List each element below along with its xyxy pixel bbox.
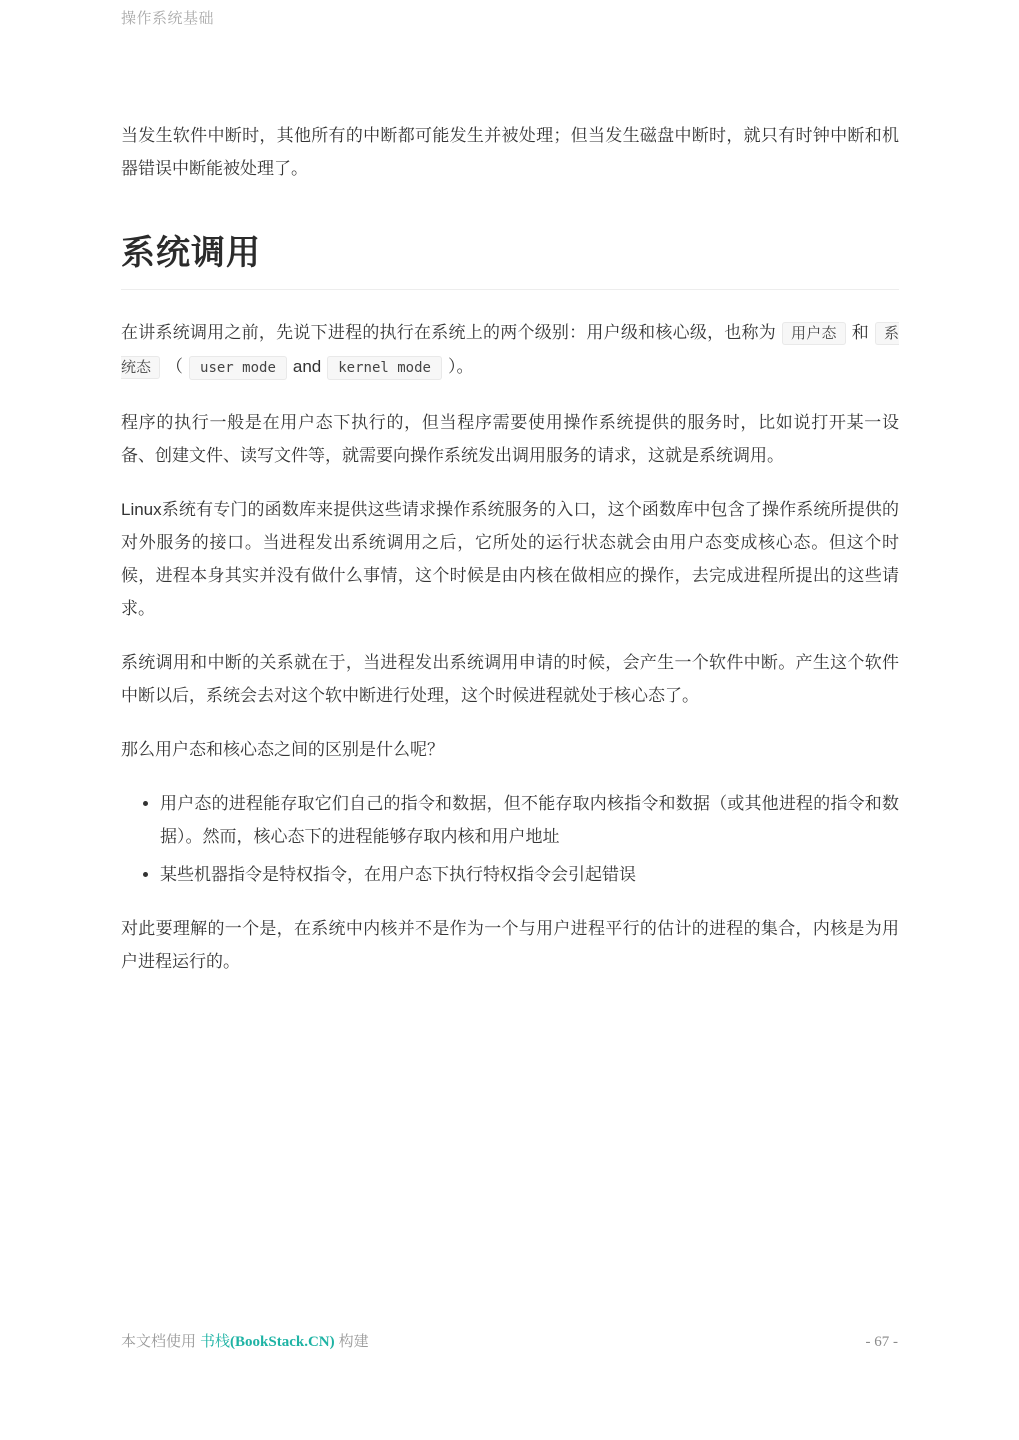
modes-text-2: 和 xyxy=(852,323,869,342)
page-footer: 本文档使用书栈(BookStack.CN)构建 - 67 - xyxy=(121,1330,898,1351)
difference-list: 用户态的进程能存取它们自己的指令和数据，但不能存取内核指令和数据（或其他进程的指… xyxy=(121,787,899,891)
section-heading-system-call: 系统调用 xyxy=(121,225,899,290)
footer-suffix: 构建 xyxy=(339,1333,369,1350)
modes-text-5: ）。 xyxy=(448,357,474,376)
page-number: - 67 - xyxy=(866,1334,899,1351)
list-item: 某些机器指令是特权指令，在用户态下执行特权指令会引起错误 xyxy=(160,858,899,891)
modes-text-1: 在讲系统调用之前，先说下进程的执行在系统上的两个级别：用户级和核心级，也称为 xyxy=(121,323,776,342)
bookstack-link-en: (BookStack.CN) xyxy=(230,1334,335,1350)
bookstack-link[interactable]: 书栈(BookStack.CN) xyxy=(200,1333,335,1350)
modes-text-4: and xyxy=(293,357,321,376)
inline-code-kernel-mode-en: kernel mode xyxy=(327,356,442,380)
inline-code-user-mode-en: user mode xyxy=(189,356,287,380)
paragraph-program-execution: 程序的执行一般是在用户态下执行的，但当程序需要使用操作系统提供的服务时，比如说打… xyxy=(121,406,899,472)
document-content: 当发生软件中断时，其他所有的中断都可能发生并被处理；但当发生磁盘中断时，就只有时… xyxy=(121,0,899,999)
paragraph-kernel-note: 对此要理解的一个是，在系统中内核并不是作为一个与用户进程平行的估计的进程的集合，… xyxy=(121,912,899,978)
modes-text-3: （ xyxy=(166,357,183,376)
footer-attribution: 本文档使用书栈(BookStack.CN)构建 xyxy=(121,1330,369,1351)
paragraph-modes: 在讲系统调用之前，先说下进程的执行在系统上的两个级别：用户级和核心级，也称为用户… xyxy=(121,316,899,385)
inline-code-user-mode-zh: 用户态 xyxy=(782,322,846,345)
paragraph-linux-library: Linux系统有专门的函数库来提供这些请求操作系统服务的入口，这个函数库中包含了… xyxy=(121,493,899,625)
footer-prefix: 本文档使用 xyxy=(121,1333,196,1350)
paragraph-syscall-interrupt-relation: 系统调用和中断的关系就在于，当进程发出系统调用申请的时候，会产生一个软件中断。产… xyxy=(121,646,899,712)
list-item: 用户态的进程能存取它们自己的指令和数据，但不能存取内核指令和数据（或其他进程的指… xyxy=(160,787,899,853)
paragraph-difference-question: 那么用户态和核心态之间的区别是什么呢？ xyxy=(121,733,899,766)
paragraph-interrupt-intro: 当发生软件中断时，其他所有的中断都可能发生并被处理；但当发生磁盘中断时，就只有时… xyxy=(121,119,899,185)
bookstack-link-zh: 书栈 xyxy=(200,1333,230,1350)
